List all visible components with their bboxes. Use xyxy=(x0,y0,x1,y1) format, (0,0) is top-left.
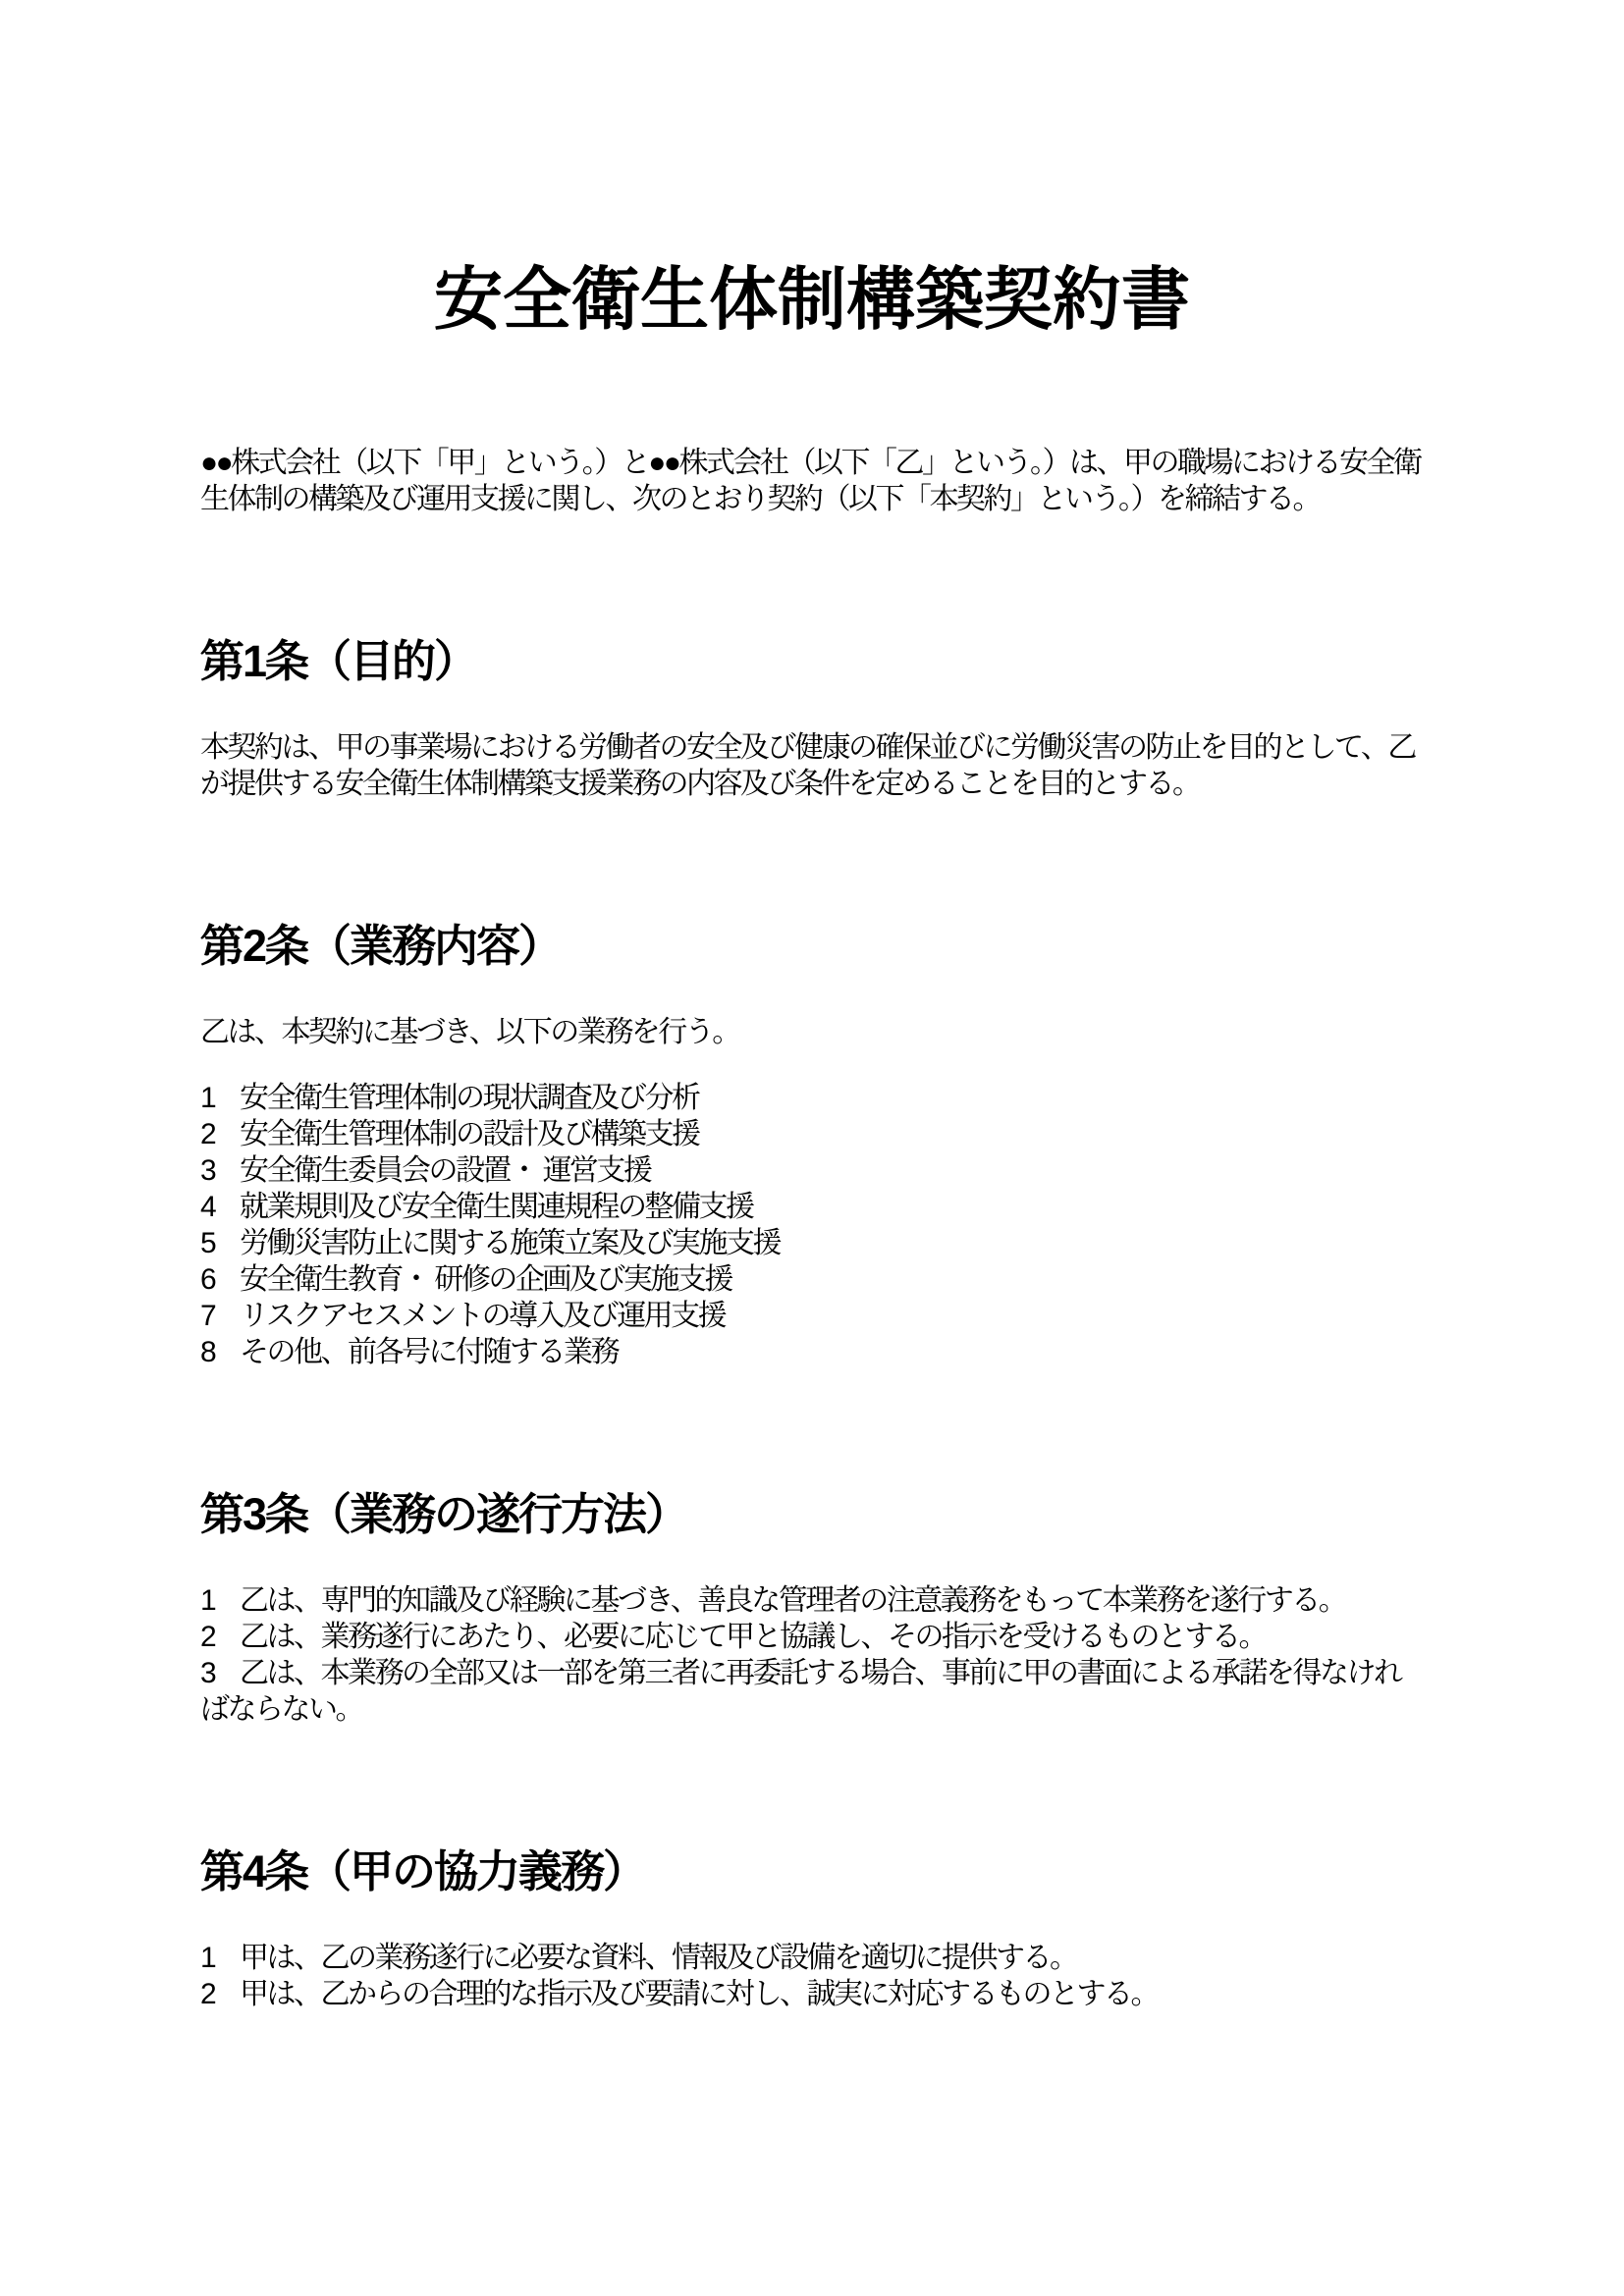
item-number: 2 xyxy=(200,1619,240,1655)
item-number: 2 xyxy=(200,1116,240,1152)
item-number: 3 xyxy=(200,1655,240,1691)
list-item: 1乙は、専門的知識及び経験に基づき、善良な管理者の注意義務をもって本業務を遂行す… xyxy=(200,1582,1424,1619)
article-2-item-list: 1安全衛生管理体制の現状調査及び分析 2安全衛生管理体制の設計及び構築支援 3安… xyxy=(200,1080,1424,1370)
list-item: 2甲は、乙からの合理的な指示及び要請に対し、誠実に対応するものとする。 xyxy=(200,1976,1424,2012)
item-text: 労働災害防止に関する施策立案及び実施支援 xyxy=(240,1227,780,1259)
item-text: 甲は、乙の業務遂行に必要な資料、情報及び設備を適切に提供する。 xyxy=(240,1942,1077,1974)
item-number: 8 xyxy=(200,1334,240,1370)
item-text: 安全衛生教育・ 研修の企画及び実施支援 xyxy=(240,1263,731,1296)
item-text: 乙は、本業務の全部又は一部を第三者に再委託する場合、事前に甲の書面による承諾を得… xyxy=(200,1657,1401,1726)
item-number: 5 xyxy=(200,1225,240,1261)
article-1-paragraph: 本契約は、甲の事業場における労働者の安全及び健康の確保並びに労働災害の防止を目的… xyxy=(200,729,1424,802)
list-item: 2乙は、業務遂行にあたり、必要に応じて甲と協議し、その指示を受けるものとする。 xyxy=(200,1619,1424,1655)
article-4: 第4条（甲の協力義務） 1甲は、乙の業務遂行に必要な資料、情報及び設備を適切に提… xyxy=(200,1847,1424,2012)
item-text: 安全衛生委員会の設置・ 運営支援 xyxy=(240,1154,650,1187)
document-title: 安全衛生体制構築契約書 xyxy=(200,265,1424,334)
article-1-heading: 第1条（目的） xyxy=(200,637,1424,686)
article-4-item-list: 1甲は、乙の業務遂行に必要な資料、情報及び設備を適切に提供する。 2甲は、乙から… xyxy=(200,1940,1424,2012)
article-4-heading: 第4条（甲の協力義務） xyxy=(200,1847,1424,1896)
article-2-paragraph: 乙は、本契約に基づき、以下の業務を行う。 xyxy=(200,1014,1424,1050)
item-text: 安全衛生管理体制の設計及び構築支援 xyxy=(240,1118,699,1150)
item-number: 7 xyxy=(200,1298,240,1334)
list-item: 5労働災害防止に関する施策立案及び実施支援 xyxy=(200,1225,1424,1261)
list-item: 3乙は、本業務の全部又は一部を第三者に再委託する場合、事前に甲の書面による承諾を… xyxy=(200,1655,1424,1728)
list-item: 8その他、前各号に付随する業務 xyxy=(200,1334,1424,1370)
article-2-heading: 第2条（業務内容） xyxy=(200,922,1424,971)
list-item: 1安全衛生管理体制の現状調査及び分析 xyxy=(200,1080,1424,1116)
item-text: 甲は、乙からの合理的な指示及び要請に対し、誠実に対応するものとする。 xyxy=(240,1978,1158,2010)
item-text: 安全衛生管理体制の現状調査及び分析 xyxy=(240,1082,699,1114)
item-number: 1 xyxy=(200,1582,240,1619)
item-text: リスクアセスメントの導入及び運用支援 xyxy=(240,1300,725,1332)
item-text: その他、前各号に付随する業務 xyxy=(240,1336,618,1368)
list-item: 2安全衛生管理体制の設計及び構築支援 xyxy=(200,1116,1424,1152)
item-text: 就業規則及び安全衛生関連規程の整備支援 xyxy=(240,1191,753,1223)
article-3-heading: 第3条（業務の遂行方法） xyxy=(200,1490,1424,1539)
item-number: 4 xyxy=(200,1189,240,1225)
list-item: 1甲は、乙の業務遂行に必要な資料、情報及び設備を適切に提供する。 xyxy=(200,1940,1424,1976)
list-item: 6安全衛生教育・ 研修の企画及び実施支援 xyxy=(200,1261,1424,1298)
intro-paragraph: ●●株式会社（以下「甲」という。）と●●株式会社（以下「乙」という。）は、甲の職… xyxy=(200,445,1424,517)
item-number: 2 xyxy=(200,1976,240,2012)
item-number: 1 xyxy=(200,1080,240,1116)
article-2: 第2条（業務内容） 乙は、本契約に基づき、以下の業務を行う。 1安全衛生管理体制… xyxy=(200,922,1424,1370)
list-item: 4就業規則及び安全衛生関連規程の整備支援 xyxy=(200,1189,1424,1225)
list-item: 3安全衛生委員会の設置・ 運営支援 xyxy=(200,1152,1424,1189)
article-3: 第3条（業務の遂行方法） 1乙は、専門的知識及び経験に基づき、善良な管理者の注意… xyxy=(200,1490,1424,1728)
list-item: 7リスクアセスメントの導入及び運用支援 xyxy=(200,1298,1424,1334)
article-3-item-list: 1乙は、専門的知識及び経験に基づき、善良な管理者の注意義務をもって本業務を遂行す… xyxy=(200,1582,1424,1728)
item-text: 乙は、業務遂行にあたり、必要に応じて甲と協議し、その指示を受けるものとする。 xyxy=(240,1621,1266,1653)
item-number: 1 xyxy=(200,1940,240,1976)
item-number: 3 xyxy=(200,1152,240,1189)
item-number: 6 xyxy=(200,1261,240,1298)
document-page: 安全衛生体制構築契約書 ●●株式会社（以下「甲」という。）と●●株式会社（以下「… xyxy=(0,0,1624,2296)
item-text: 乙は、専門的知識及び経験に基づき、善良な管理者の注意義務をもって本業務を遂行する… xyxy=(240,1584,1345,1617)
article-1: 第1条（目的） 本契約は、甲の事業場における労働者の安全及び健康の確保並びに労働… xyxy=(200,637,1424,802)
